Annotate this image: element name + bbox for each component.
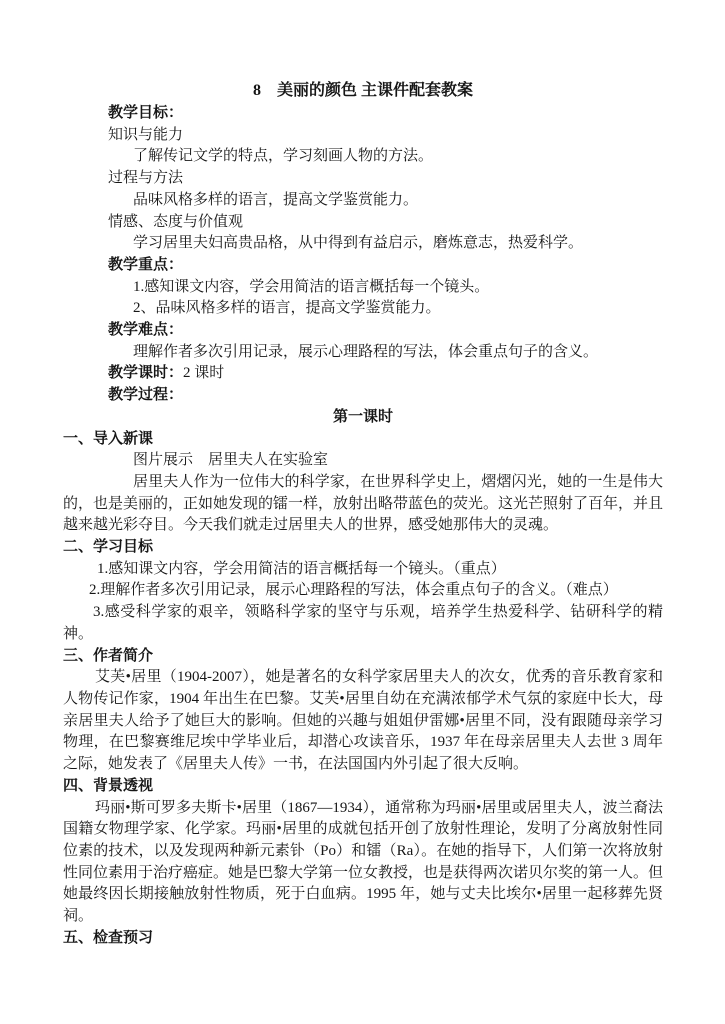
teaching-hours-line: 教学课时：2 课时 bbox=[63, 363, 663, 385]
body-text: 图片展示 居里夫人在实验室 bbox=[63, 450, 663, 472]
body-text: 品味风格多样的语言，提高文学鉴赏能力。 bbox=[63, 190, 663, 212]
body-text: 学习居里夫妇高贵品格，从中得到有益启示，磨炼意志，热爱科学。 bbox=[63, 233, 663, 255]
teaching-field-label: 教学重点： bbox=[63, 255, 663, 277]
teaching-hours-label: 教学课时： bbox=[108, 365, 183, 381]
dimension-label: 过程与方法 bbox=[63, 168, 663, 190]
teaching-field-label: 教学难点： bbox=[63, 320, 663, 342]
dimension-label: 情感、态度与价值观 bbox=[63, 212, 663, 234]
body-paragraph: 玛丽•斯可罗多夫斯卡•居里（1867—1934），通常称为玛丽•居里或居里夫人，… bbox=[63, 798, 663, 928]
section-heading: 五、检查预习 bbox=[63, 928, 663, 950]
body-text: 1.感知课文内容，学会用简洁的语言概括每一个镜头。 bbox=[63, 277, 663, 299]
document-title: 8 美丽的颜色 主课件配套教案 bbox=[63, 78, 663, 103]
document-page: 8 美丽的颜色 主课件配套教案教学目标：知识与能力了解传记文学的特点，学习刻画人… bbox=[0, 0, 725, 1024]
section-heading: 四、背景透视 bbox=[63, 776, 663, 798]
teaching-field-label: 教学目标： bbox=[63, 103, 663, 125]
objective-item: 3.感受科学家的艰辛，领略科学家的坚守与乐观，培养学生热爱科学、钻研科学的精神。 bbox=[63, 602, 663, 645]
section-heading: 一、导入新课 bbox=[63, 429, 663, 451]
dimension-label: 知识与能力 bbox=[63, 125, 663, 147]
section-heading: 三、作者简介 bbox=[63, 646, 663, 668]
body-paragraph: 居里夫人作为一位伟大的科学家，在世界科学史上，熠熠闪光，她的一生是伟大的，也是美… bbox=[63, 472, 663, 537]
body-paragraph: 艾芙•居里（1904-2007），她是著名的女科学家居里夫人的次女，优秀的音乐教… bbox=[63, 667, 663, 776]
body-text: 理解作者多次引用记录，展示心理路程的写法，体会重点句子的含义。 bbox=[63, 342, 663, 364]
body-text: 了解传记文学的特点，学习刻画人物的方法。 bbox=[63, 146, 663, 168]
teaching-field-label: 教学过程： bbox=[63, 385, 663, 407]
objective-item: 1.感知课文内容，学会用简洁的语言概括每一个镜头。（重点） bbox=[63, 559, 663, 581]
teaching-hours-value: 2 课时 bbox=[183, 365, 224, 381]
lesson-title: 第一课时 bbox=[63, 407, 663, 429]
body-text: 2、品味风格多样的语言，提高文学鉴赏能力。 bbox=[63, 298, 663, 320]
section-heading: 二、学习目标 bbox=[63, 537, 663, 559]
objective-item: 2.理解作者多次引用记录，展示心理路程的写法，体会重点句子的含义。（难点） bbox=[63, 580, 663, 602]
